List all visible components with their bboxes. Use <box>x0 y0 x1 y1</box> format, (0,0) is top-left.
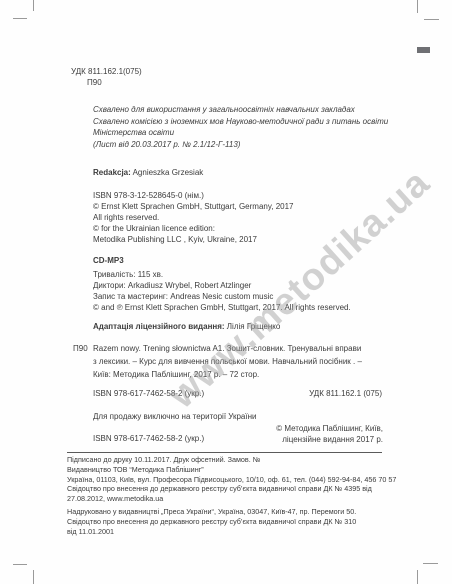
cd-title: CD-MP3 <box>93 255 351 266</box>
crop-mark-top-left-vertical <box>33 0 34 11</box>
imprint-printer-name: Надруковано у видавництві „Преса України… <box>67 507 427 517</box>
catalog-entry: Razem nowy. Trening słownictwa A1. Зошит… <box>93 342 393 381</box>
isbn-ukrainian-second: ISBN 978-617-7462-58-2 (укр.) <box>93 433 204 444</box>
approval-line: Міністерства освіти <box>93 127 388 139</box>
udk-code-right: УДК 811.162.1 (075) <box>309 388 382 399</box>
book-imprint-page: УДК 811.162.1(075) П90 Схвалено для вико… <box>0 0 452 584</box>
crop-mark-bottom-left-vertical <box>33 570 34 584</box>
printer-imprint: Надруковано у видавництві „Преса України… <box>67 507 427 536</box>
licensee-publisher: Metodika Publishing LLC , Kyiv, Ukraine,… <box>93 234 294 245</box>
imprint-printer-registry: Свідоцтво про внесення до державного реє… <box>67 517 427 527</box>
bbk-author-code: П90 <box>71 77 142 88</box>
imprint-publisher-registry-date: 27.08.2012, www.metodika.ua <box>67 494 427 504</box>
crop-mark-bottom-right-horizontal <box>423 563 438 564</box>
approval-line: (Лист від 20.03.2017 р. № 2.1/12-Г-113) <box>93 139 388 151</box>
approval-line: Схвалено для використання у загальноосві… <box>93 104 388 116</box>
crop-mark-top-left-horizontal <box>13 18 27 19</box>
licence-copyright: © Методика Паблішинг, Київ, ліцензійне в… <box>276 423 383 445</box>
imprint-publisher-name: Видавництво ТОВ “Методика Паблішинг” <box>67 465 427 475</box>
adaptation-label: Адаптація ліцензійного видання: <box>93 322 225 331</box>
catalog-line: Київ: Методика Паблішинг, 2017 р. – 72 с… <box>93 368 393 381</box>
publisher-imprint: Підписано до друку 10.11.2017. Друк офсе… <box>67 455 427 504</box>
editor-label: Redakcja: <box>93 168 131 177</box>
approval-note: Схвалено для використання у загальноосві… <box>93 104 388 150</box>
signature-edge-marker <box>417 47 430 53</box>
imprint-publisher-address: Україна, 01103, Київ, вул. Професора Під… <box>67 475 427 485</box>
german-edition-block: ISBN 978-3-12-528645-0 (нім.) © Ernst Kl… <box>93 190 294 245</box>
isbn-ukrainian: ISBN 978-617-7462-58-2 (укр.) <box>93 388 204 399</box>
catalog-code: П90 <box>73 342 88 355</box>
licence-copyright-line: ліцензійне видання 2017 р. <box>276 434 383 445</box>
editor-name: Agnieszka Grzesiak <box>131 168 203 177</box>
crop-mark-top-right-vertical <box>417 0 418 13</box>
sales-restriction-note: Для продажу виключно на території Україн… <box>93 411 257 422</box>
licence-copyright-line: © Методика Паблішинг, Київ, <box>276 423 383 434</box>
ukrainian-licence-note: © for the Ukrainian licence edition: <box>93 223 294 234</box>
imprint-printer-registry-date: від 11.01.2001 <box>67 527 427 537</box>
crop-mark-bottom-right-vertical <box>417 570 418 584</box>
cd-duration: Тривалість: 115 хв. <box>93 269 351 280</box>
cd-mastering: Запис та мастеринг: Andreas Nesic custom… <box>93 291 351 302</box>
isbn-german: ISBN 978-3-12-528645-0 (нім.) <box>93 190 294 201</box>
rights-reserved: All rights reserved. <box>93 212 294 223</box>
editor-line: Redakcja: Agnieszka Grzesiak <box>93 167 203 178</box>
copyright-klett: © Ernst Klett Sprachen GmbH, Stuttgart, … <box>93 201 294 212</box>
cd-speakers: Диктори: Arkadiusz Wrybel, Robert Atzlin… <box>93 280 351 291</box>
adaptation-name: Лілія Гріщенко <box>225 322 281 331</box>
udk-code: УДК 811.162.1(075) <box>71 66 142 77</box>
approval-line: Схвалено комісією з іноземних мов Науков… <box>93 116 388 128</box>
crop-mark-bottom-left-horizontal <box>13 564 27 565</box>
divider-rule <box>67 452 382 453</box>
classification-block: УДК 811.162.1(075) П90 <box>71 66 142 88</box>
cd-block: CD-MP3 Тривалість: 115 хв. Диктори: Arka… <box>93 255 351 313</box>
cd-copyright: © and ℗ Ernst Klett Sprachen GmbH, Stutt… <box>93 302 351 313</box>
catalog-line: з лексики. – Курс для вивчення польської… <box>93 355 393 368</box>
crop-mark-top-right-horizontal <box>424 19 439 20</box>
imprint-print-info: Підписано до друку 10.11.2017. Друк офсе… <box>67 455 427 465</box>
adaptation-line: Адаптація ліцензійного видання: Лілія Гр… <box>93 321 280 332</box>
imprint-publisher-registry: Свідоцтво про внесення до державного реє… <box>67 484 427 494</box>
catalog-line: Razem nowy. Trening słownictwa A1. Зошит… <box>93 342 393 355</box>
